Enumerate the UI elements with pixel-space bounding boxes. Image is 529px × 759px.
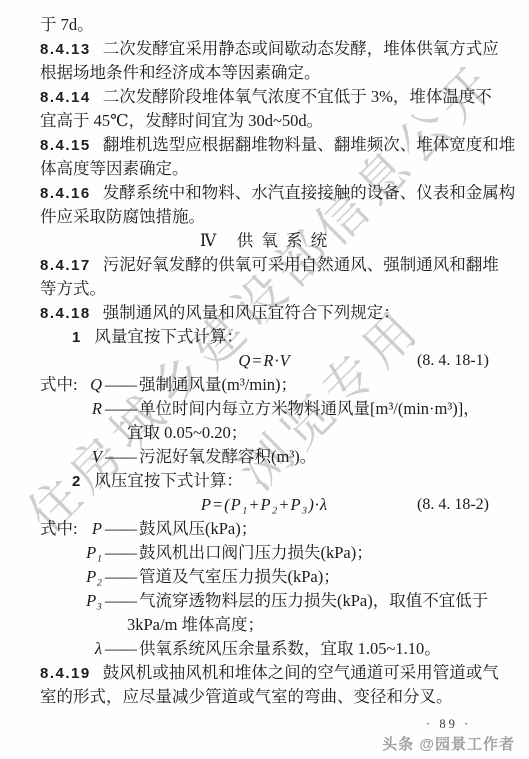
sub-item-1: 1风量宜按下式计算： <box>0 325 529 349</box>
formula-line-airflow: Q=R·V(8. 4. 18-1) <box>0 349 529 373</box>
where-label <box>40 637 78 661</box>
clause-text: 鼓风机或抽风机和堆体之间的空气通道可采用管道或气 <box>103 663 499 682</box>
clause-text: 二次发酵阶段堆体氧气浓度不宜低于 3%，堆体温度不 <box>103 87 492 106</box>
clause-text: 二次发酵宜采用静态或间歇动态发酵，堆体供氧方式应 <box>103 39 499 58</box>
clause-number: 8.4.16 <box>40 185 91 202</box>
sub-item-number: 2 <box>72 473 80 490</box>
symbol-definition-P2: P₂——管道及气室压力损失(kPa)； <box>0 565 529 589</box>
symbol-definition-lambda: λ——供氧系统风压余量系数，宜取 1.05~1.10。 <box>0 637 529 661</box>
clause-line-8-4-13: 8.4.13二次发酵宜采用静态或间歇动态发酵，堆体供氧方式应 <box>0 37 529 61</box>
definition-dash: —— <box>102 541 139 565</box>
definition-text: 管道及气室压力损失(kPa)； <box>139 565 340 589</box>
clause-text: 污泥好氧发酵的供氧可采用自然通风、强制通风和翻堆 <box>103 255 499 274</box>
symbol: R <box>78 397 102 421</box>
clause-number: 8.4.13 <box>40 41 91 58</box>
symbol-definition-R: R——单位时间内每立方米物料通风量[m³/(min·m³)]， <box>0 397 529 421</box>
definition-text: 单位时间内每立方米物料通风量[m³/(min·m³)]， <box>139 397 480 421</box>
definition-continuation: 3kPa/m 堆体高度； <box>0 613 529 637</box>
sub-item-number: 1 <box>72 329 80 346</box>
definition-text: 污泥好氧发酵容积(m³)。 <box>139 445 316 469</box>
section-heading-oxygen-supply: Ⅳ 供 氧 系 统 <box>0 229 529 253</box>
author-handle: @园景工作者 <box>419 736 515 753</box>
definition-dash: —— <box>102 373 139 397</box>
formula-line-pressure: P=(P₁+P₂+P₃)·λ(8. 4. 18-2) <box>0 493 529 517</box>
where-label: 式中: <box>40 517 78 541</box>
symbol: P₃ <box>78 589 102 613</box>
page-number: · 89 · <box>382 717 515 732</box>
definition-text: 鼓风机出口阀门压力损失(kPa)； <box>139 541 373 565</box>
sub-item-text: 风量宜按下式计算： <box>94 327 243 346</box>
toutiao-watermark: 头条 @园景工作者 <box>382 733 515 754</box>
text-line: 等方式。 <box>0 277 529 301</box>
where-label <box>40 565 78 589</box>
symbol-definition-V: V——污泥好氧发酵容积(m³)。 <box>0 445 529 469</box>
definition-dash: —— <box>102 565 139 589</box>
clause-number: 8.4.15 <box>40 137 91 154</box>
symbol: Q <box>78 373 102 397</box>
text-line: 宜高于 45℃，发酵时间宜为 30d~50d。 <box>0 109 529 133</box>
formula-expression: Q=R·V <box>238 351 290 370</box>
symbol-definition-P1: P₁——鼓风机出口阀门压力损失(kPa)； <box>0 541 529 565</box>
definition-text: 气流穿透物料层的压力损失(kPa)，取值不宜低于 <box>139 589 488 613</box>
definition-dash: —— <box>102 517 139 541</box>
definition-text: 供氧系统风压余量系数，宜取 1.05~1.10。 <box>139 637 441 661</box>
definition-dash: —— <box>102 589 139 613</box>
sub-item-2: 2风压宜按下式计算： <box>0 469 529 493</box>
clause-line-8-4-18: 8.4.18强制通风的风量和风压宜符合下列规定： <box>0 301 529 325</box>
definition-dash: —— <box>102 397 139 421</box>
clause-number: 8.4.18 <box>40 305 91 322</box>
document-body: 于 7d。 8.4.13二次发酵宜采用静态或间歇动态发酵，堆体供氧方式应 根据场… <box>0 0 529 709</box>
text-line: 件应采取防腐蚀措施。 <box>0 205 529 229</box>
symbol-definition-P: 式中:P——鼓风风压(kPa)； <box>0 517 529 541</box>
definition-text: 鼓风风压(kPa)； <box>139 517 257 541</box>
text-line: 体高度等因素确定。 <box>0 157 529 181</box>
clause-text: 强制通风的风量和风压宜符合下列规定： <box>103 303 400 322</box>
sub-item-text: 风压宜按下式计算： <box>94 471 243 490</box>
equation-number: (8. 4. 18-2) <box>417 493 489 517</box>
clause-line-8-4-14: 8.4.14二次发酵阶段堆体氧气浓度不宜低于 3%，堆体温度不 <box>0 85 529 109</box>
symbol-definition-P3: P₃——气流穿透物料层的压力损失(kPa)，取值不宜低于 <box>0 589 529 613</box>
symbol: P₁ <box>78 541 102 565</box>
clause-line-8-4-19: 8.4.19鼓风机或抽风机和堆体之间的空气通道可采用管道或气 <box>0 661 529 685</box>
definition-dash: —— <box>102 637 139 661</box>
symbol-definition-Q: 式中:Q——强制通风量(m³/min)； <box>0 373 529 397</box>
symbol: λ <box>78 637 102 661</box>
clause-number: 8.4.19 <box>40 665 91 682</box>
symbol: P <box>78 517 102 541</box>
definition-text: 强制通风量(m³/min)； <box>139 373 297 397</box>
clause-text: 翻堆机选型应根据翻堆物料量、翻堆频次、堆体宽度和堆 <box>103 135 516 154</box>
symbol: P₂ <box>78 565 102 589</box>
definition-dash: —— <box>102 445 139 469</box>
clause-text: 发酵系统中和物料、水汽直接接触的设备、仪表和金属构 <box>103 183 516 202</box>
formula-expression: P=(P₁+P₂+P₃)·λ <box>201 495 328 514</box>
clause-line-8-4-17: 8.4.17污泥好氧发酵的供氧可采用自然通风、强制通风和翻堆 <box>0 253 529 277</box>
page-footer: · 89 · 头条 @园景工作者 <box>382 717 515 754</box>
where-label <box>40 541 78 565</box>
clause-line-8-4-15: 8.4.15翻堆机选型应根据翻堆物料量、翻堆频次、堆体宽度和堆 <box>0 133 529 157</box>
definition-continuation: 宜取 0.05~0.20； <box>0 421 529 445</box>
text-line: 于 7d。 <box>0 13 529 37</box>
symbol: V <box>78 445 102 469</box>
text-line: 根据场地条件和经济成本等因素确定。 <box>0 61 529 85</box>
equation-number: (8. 4. 18-1) <box>417 349 489 373</box>
clause-line-8-4-16: 8.4.16发酵系统中和物料、水汽直接接触的设备、仪表和金属构 <box>0 181 529 205</box>
document-page: 住房城乡建设部信息公开 浏览专用 于 7d。 8.4.13二次发酵宜采用静态或间… <box>0 0 529 759</box>
toutiao-platform-label: 头条 <box>382 736 414 753</box>
text-line: 室的形式，应尽量减少管道或气室的弯曲、变径和分叉。 <box>0 685 529 709</box>
where-label: 式中: <box>40 373 78 397</box>
where-label <box>40 589 78 613</box>
clause-number: 8.4.17 <box>40 257 91 274</box>
clause-number: 8.4.14 <box>40 89 91 106</box>
where-label <box>40 397 78 421</box>
where-label <box>40 445 78 469</box>
